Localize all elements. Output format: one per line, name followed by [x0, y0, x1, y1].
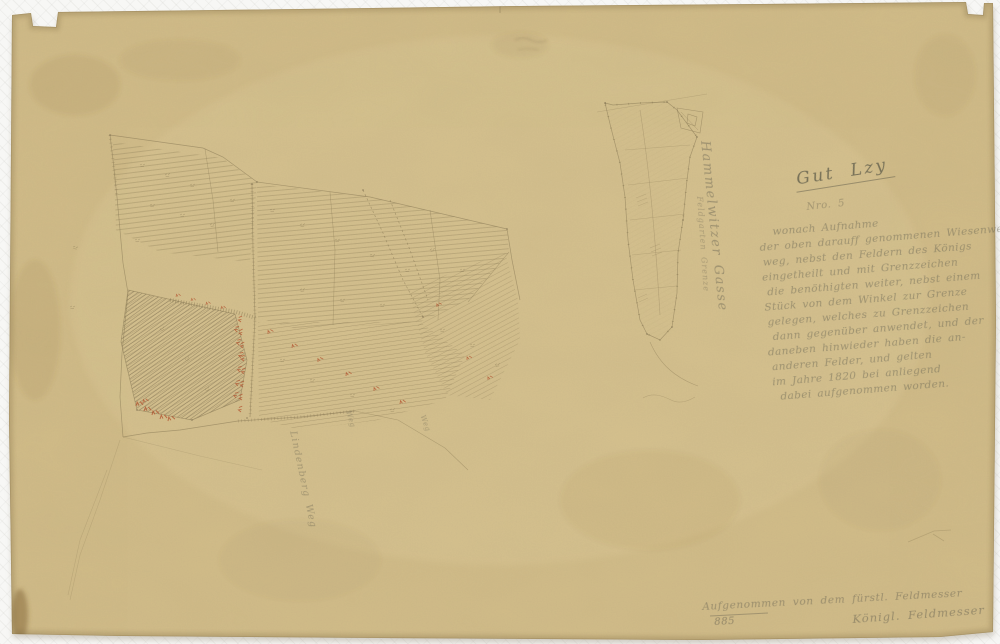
handwritten-note-block: wonach Aufnahme der oben darauff genomme… — [758, 207, 1000, 405]
scanned-map-sheet: Gut Lzy Nro. 5 wonach Aufnahme der oben … — [0, 0, 1000, 644]
